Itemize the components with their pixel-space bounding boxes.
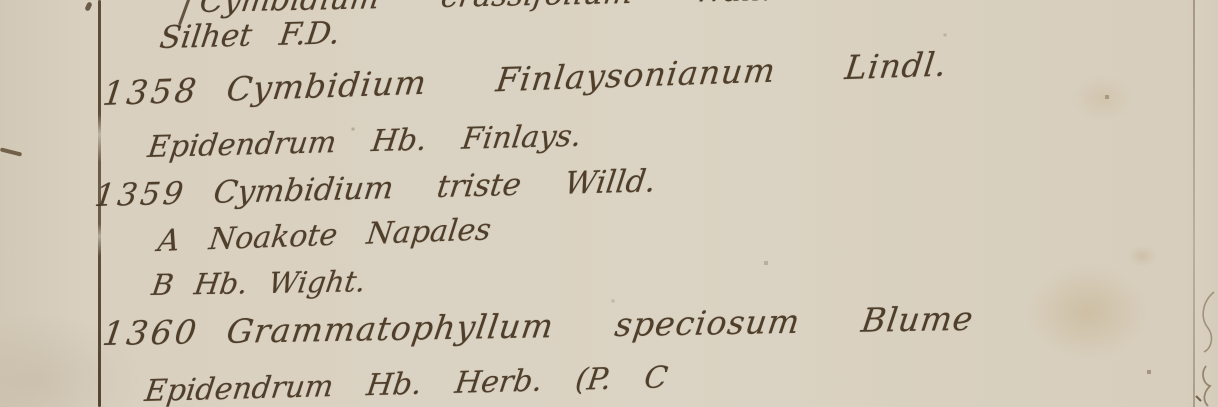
entry-text: A Noakote Napales [156, 212, 493, 259]
stray-ink-dash [0, 147, 22, 156]
entry-number: 1359 [93, 176, 189, 215]
entry-line: 1358Cymbidium Finlaysonianum Lindl. [101, 44, 950, 113]
entry-text: B Hb. Wight. [150, 264, 368, 302]
manuscript-page: Cymbidium crassifolium Wall. Silhet F.D.… [0, 0, 1218, 407]
paper-specks [0, 0, 2, 2]
entry-text: Cymbidium Finlaysonianum Lindl. [225, 44, 950, 108]
entry-number: 1360 [100, 312, 201, 353]
entry-text: Epidendrum Hb. Finlays. [146, 119, 584, 165]
entry-line: B Hb. Wight. [150, 264, 368, 302]
entry-number: 1358 [101, 71, 202, 114]
entry-text: Cymbidium triste Willd. [211, 163, 657, 211]
bleed-through-ink-marks [1192, 288, 1218, 407]
entry-text: Silhet F.D. [158, 15, 343, 56]
entry-line: 1360Grammatophyllum speciosum Blume [100, 299, 976, 353]
entry-text: Grammatophyllum speciosum Blume [224, 299, 976, 351]
entry-line: Silhet F.D. [158, 15, 343, 56]
entry-line: Epidendrum Hb. Finlays. [146, 119, 584, 165]
small-ink-tick [84, 1, 92, 11]
entry-text: Epidendrum Hb. Herb. (P. C [143, 360, 670, 407]
entry-line: 1359Cymbidium triste Willd. [93, 163, 658, 214]
entry-line: Epidendrum Hb. Herb. (P. C [143, 360, 670, 407]
entry-line: A Noakote Napales [156, 212, 493, 259]
